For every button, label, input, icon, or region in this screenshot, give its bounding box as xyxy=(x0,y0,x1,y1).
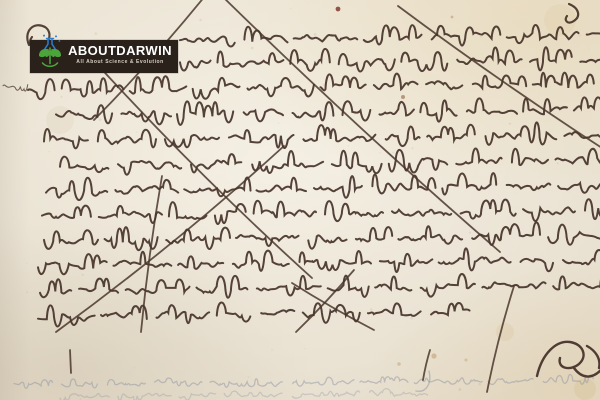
paper-speckle xyxy=(479,383,482,386)
paper-speckle xyxy=(26,291,28,293)
paper-speckle xyxy=(309,136,311,138)
faded-bottom-line xyxy=(60,389,428,400)
stain-spot xyxy=(401,95,405,99)
paper-speckle xyxy=(271,349,273,351)
logo-subtitle: All About Science & Evolution xyxy=(76,59,163,66)
manuscript-line xyxy=(44,222,600,250)
paper-speckle xyxy=(199,19,202,22)
aboutdarwin-logo-badge: ABOUTDARWIN All About Science & Evolutio… xyxy=(30,40,178,73)
stain-spot xyxy=(431,353,436,358)
paper-speckle xyxy=(308,3,309,4)
stain-spot xyxy=(544,4,576,36)
paper-speckle xyxy=(469,232,471,234)
manuscript-line xyxy=(60,148,600,174)
signature-flourish xyxy=(537,342,600,377)
paper-speckle xyxy=(26,263,27,264)
manuscript-line xyxy=(56,97,600,124)
paper-speckle xyxy=(579,35,581,37)
cancellation-stroke xyxy=(70,350,71,373)
manuscript-line xyxy=(38,303,470,327)
paper-speckle xyxy=(379,152,380,153)
stain-spot xyxy=(451,16,454,19)
paper-speckle xyxy=(49,151,50,152)
paper-speckle xyxy=(136,131,138,133)
manuscript-line xyxy=(38,248,600,274)
manuscript-line xyxy=(180,25,600,46)
faded-bottom-line xyxy=(14,375,593,389)
paper-speckle xyxy=(304,348,305,349)
paper-speckle xyxy=(13,217,14,218)
paper-speckle xyxy=(411,147,413,149)
stain-spot xyxy=(465,359,468,362)
plant-flask-icon xyxy=(37,33,63,73)
stain-spot xyxy=(336,7,341,12)
cancellation-stroke xyxy=(56,146,284,332)
manuscript-line xyxy=(44,122,600,148)
paper-speckle xyxy=(314,33,317,36)
manuscript-line xyxy=(40,274,600,298)
paper-speckle xyxy=(480,36,482,38)
paper-speckle xyxy=(392,151,394,153)
paper-speckle xyxy=(411,13,412,14)
paper-speckle xyxy=(60,96,62,98)
paper-speckle xyxy=(348,145,349,146)
manuscript-photo: ABOUTDARWIN All About Science & Evolutio… xyxy=(0,0,600,400)
paper-speckle xyxy=(509,122,511,124)
paper-speckle xyxy=(459,388,462,391)
manuscript-line xyxy=(46,173,600,200)
stain-spot xyxy=(397,362,401,366)
paper-speckle xyxy=(134,367,135,368)
margin-note xyxy=(3,85,28,91)
paper-speckle xyxy=(94,32,97,35)
paper-speckle xyxy=(410,317,413,320)
paper-speckle xyxy=(278,123,279,124)
paper-speckle xyxy=(251,47,254,50)
manuscript-line xyxy=(180,47,600,71)
paper-speckle xyxy=(557,162,559,164)
cancellation-stroke xyxy=(423,350,430,380)
paper-speckle xyxy=(82,274,84,276)
paper-speckle xyxy=(99,118,102,121)
paper-speckle xyxy=(290,8,291,9)
paper-speckle xyxy=(248,376,250,378)
paper-speckle xyxy=(370,308,372,310)
paper-speckle xyxy=(588,49,590,51)
logo-title: ABOUTDARWIN xyxy=(68,44,172,58)
manuscript-line xyxy=(42,199,600,224)
